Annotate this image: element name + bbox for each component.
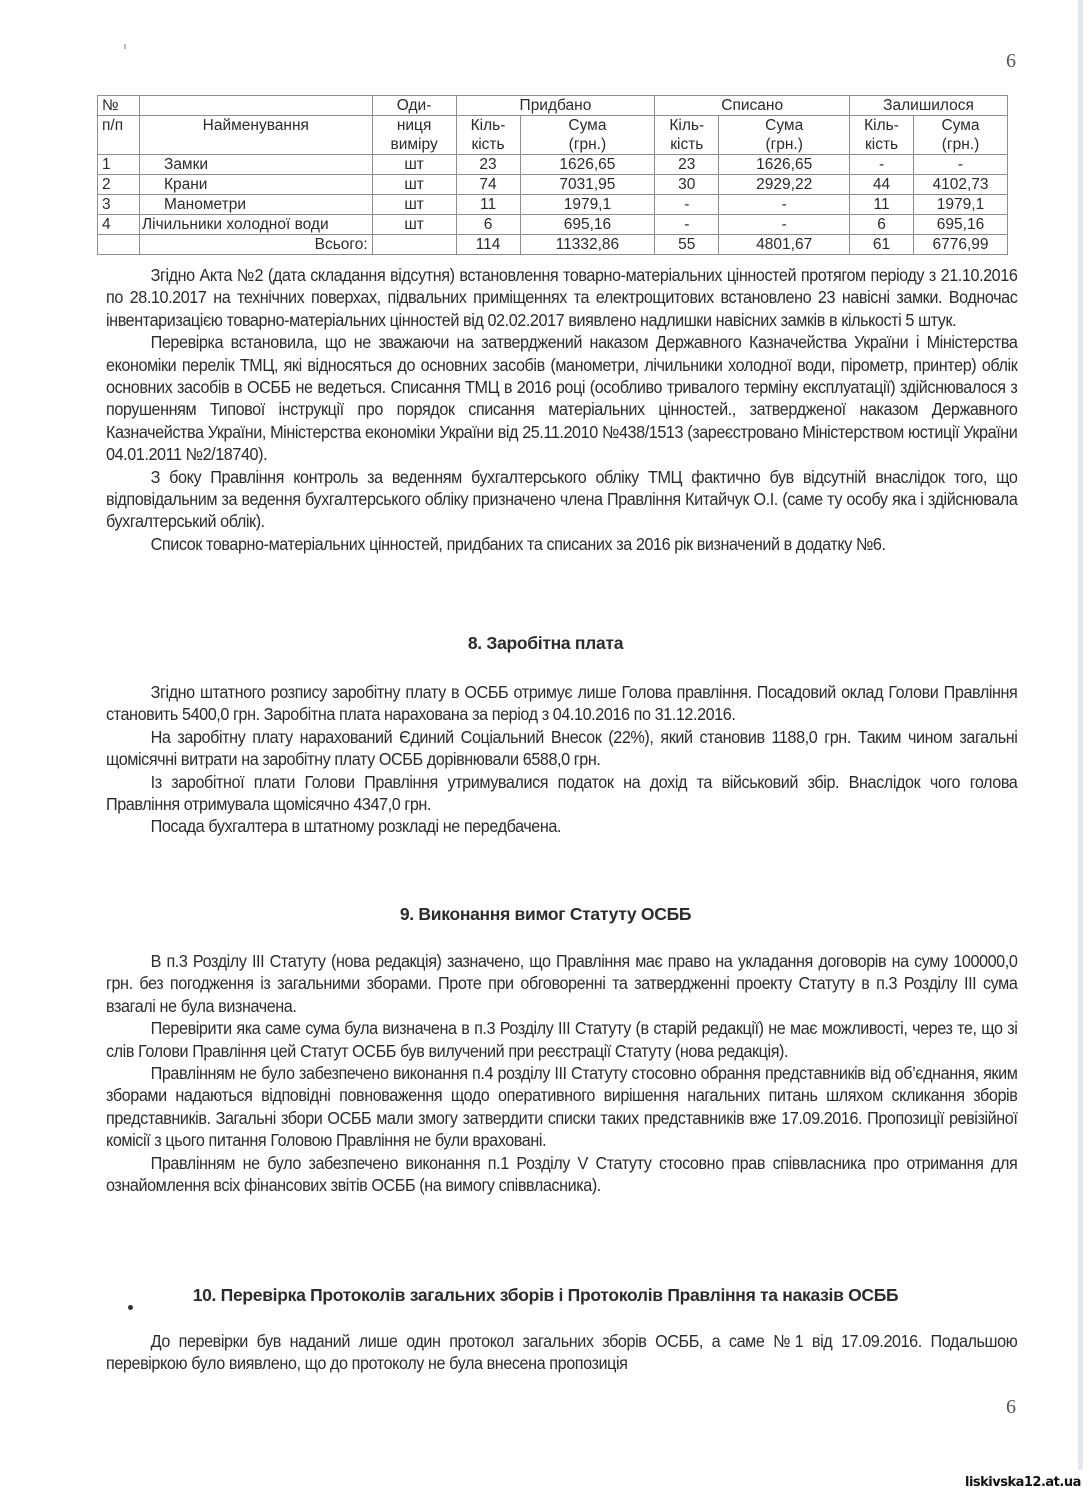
table-row: 3Манометришт111979,1--111979,1 (98, 195, 1008, 215)
item-unit: шт (372, 195, 456, 215)
section-8-body: Згідно штатного розпису заробітну плату … (106, 681, 1017, 838)
total-bought-sum: 11332,86 (520, 235, 655, 255)
bought-sum: 1626,65 (520, 155, 655, 175)
item-name: Манометри (139, 195, 372, 215)
written-qty: - (655, 215, 719, 235)
paragraph: Список товарно-матеріальних цінностей, п… (106, 533, 1017, 555)
paragraph: Із заробітної плати Голови Правління утр… (106, 771, 1017, 816)
item-unit: шт (372, 155, 456, 175)
item-unit: шт (372, 175, 456, 195)
header-sum: Сума(грн.) (520, 116, 655, 155)
paragraph: Згідно штатного розпису заробітну плату … (106, 681, 1017, 726)
header-qty: Кіль-кість (456, 116, 520, 155)
left-sum: 695,16 (914, 215, 1008, 235)
page-number-bottom: 6 (1006, 1396, 1016, 1419)
section-9-title: 9. Виконання вимог Статуту ОСББ (0, 904, 1091, 925)
bought-sum: 695,16 (520, 215, 655, 235)
bought-qty: 6 (456, 215, 520, 235)
item-name: Крани (139, 175, 372, 195)
row-number: 2 (98, 175, 140, 195)
left-qty: 11 (850, 195, 914, 215)
header-num: № (98, 96, 140, 116)
item-name: Лічильники холодної води (139, 215, 372, 235)
paragraph: Посада бухгалтера в штатному розкладі не… (106, 815, 1017, 837)
item-unit: шт (372, 215, 456, 235)
table-row: 2Краништ747031,95302929,22444102,73 (98, 175, 1008, 195)
paragraph: Перевірити яка саме сума була визначена … (106, 1017, 1017, 1062)
section-9-body: В п.3 Розділу III Статуту (нова редакція… (106, 950, 1017, 1196)
site-watermark: liskivska12.at.ua (965, 1475, 1081, 1490)
total-left-sum: 6776,99 (914, 235, 1008, 255)
section-10-body: До перевірки був наданий лише один прото… (106, 1330, 1017, 1375)
bought-qty: 23 (456, 155, 520, 175)
paragraph: Згідно Акта №2 (дата складання відсутня)… (106, 264, 1017, 331)
left-sum: - (914, 155, 1008, 175)
written-sum: 2929,22 (719, 175, 850, 195)
left-sum: 4102,73 (914, 175, 1008, 195)
header-sum: Сума(грн.) (719, 116, 850, 155)
inventory-table: № Оди- Придбано Списано Залишилося п/п Н… (97, 95, 1008, 255)
bought-sum: 7031,95 (520, 175, 655, 195)
stray-mark (128, 1305, 133, 1310)
header-name-blank (139, 96, 372, 116)
total-label: Всього: (139, 235, 372, 255)
total-written-qty: 55 (655, 235, 719, 255)
written-sum: 1626,65 (719, 155, 850, 175)
scan-edge (1078, 0, 1083, 1470)
left-qty: 6 (850, 215, 914, 235)
header-group-bought: Придбано (456, 96, 655, 116)
bought-sum: 1979,1 (520, 195, 655, 215)
section-8-title: 8. Заробітна плата (0, 633, 1091, 654)
header-qty: Кіль-кість (850, 116, 914, 155)
header-qty: Кіль-кість (655, 116, 719, 155)
header-num-pp: п/п (98, 116, 140, 155)
paragraph: Перевірка встановила, що не зважаючи на … (106, 331, 1017, 465)
paragraph: На заробітну плату нарахований Єдиний Со… (106, 726, 1017, 771)
paragraph: Правлінням не було забезпечено виконання… (106, 1062, 1017, 1152)
written-qty: 23 (655, 155, 719, 175)
bought-qty: 74 (456, 175, 520, 195)
written-qty: 30 (655, 175, 719, 195)
total-left-qty: 61 (850, 235, 914, 255)
header-group-written: Списано (655, 96, 850, 116)
header-name: Найменування (139, 116, 372, 155)
scan-speck (124, 44, 126, 49)
page-number-top: 6 (1006, 50, 1016, 73)
row-number: 3 (98, 195, 140, 215)
table-header-row-2: п/п Найменування ницявиміру Кіль-кість С… (98, 116, 1008, 155)
paragraph: До перевірки був наданий лише один прото… (106, 1330, 1017, 1375)
written-sum: - (719, 195, 850, 215)
header-unit: Оди- (372, 96, 456, 116)
left-qty: 44 (850, 175, 914, 195)
paragraph: Правлінням не було забезпечено виконання… (106, 1152, 1017, 1197)
bought-qty: 11 (456, 195, 520, 215)
header-group-left: Залишилося (850, 96, 1008, 116)
left-sum: 1979,1 (914, 195, 1008, 215)
row-number: 4 (98, 215, 140, 235)
table-row: 4Лічильники холодної водишт6695,16--6695… (98, 215, 1008, 235)
total-written-sum: 4801,67 (719, 235, 850, 255)
written-qty: - (655, 195, 719, 215)
written-sum: - (719, 215, 850, 235)
table-header-row-1: № Оди- Придбано Списано Залишилося (98, 96, 1008, 116)
total-bought-qty: 114 (456, 235, 520, 255)
table-row: 1Замкишт231626,65231626,65-- (98, 155, 1008, 175)
paragraph: З боку Правління контроль за веденням бу… (106, 466, 1017, 533)
item-name: Замки (139, 155, 372, 175)
paragraph: В п.3 Розділу III Статуту (нова редакція… (106, 950, 1017, 1017)
section-10-title: 10. Перевірка Протоколів загальних зборі… (0, 1285, 1091, 1306)
header-unit-cont: ницявиміру (372, 116, 456, 155)
row-number: 1 (98, 155, 140, 175)
left-qty: - (850, 155, 914, 175)
header-sum: Сума(грн.) (914, 116, 1008, 155)
block-tmc-paragraphs: Згідно Акта №2 (дата складання відсутня)… (106, 264, 1017, 555)
table-total-row: Всього: 114 11332,86 55 4801,67 61 6776,… (98, 235, 1008, 255)
